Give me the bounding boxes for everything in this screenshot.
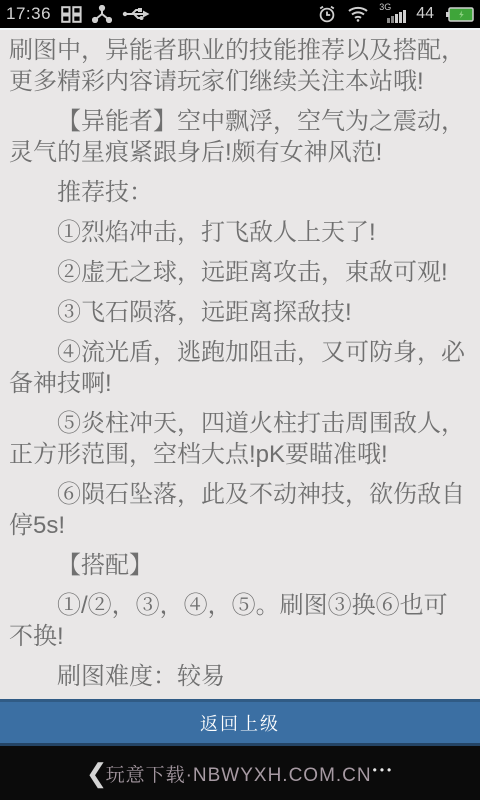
status-bar: 17:36: [0, 0, 480, 28]
chevron-left-icon: ❮: [86, 760, 108, 786]
bottom-ad-bar[interactable]: ❮ 玩意下载·NBWYXH.COM.CN •••: [0, 746, 480, 800]
battery-percent: 44: [416, 5, 434, 23]
article-paragraph: 【异能者】空中飘浮，空气为之震动，灵气的星痕紧跟身后!颇有女神风范!: [9, 106, 471, 168]
status-time: 17:36: [6, 4, 51, 24]
article-paragraph: ②虚无之球，远距离攻击，束敌可观!: [9, 257, 471, 288]
wifi-icon: [347, 6, 369, 22]
article-paragraph: ①/②，③，④，⑤。刷图③换⑥也可不换!: [9, 590, 471, 652]
article-paragraph: 推荐技：: [9, 177, 471, 208]
grid-apps-icon: [61, 6, 82, 23]
article-paragraph: ④流光盾，逃跑加阻击，又可防身，必备神技啊!: [9, 337, 471, 399]
article-paragraph: ①烈焰冲击，打飞敌人上天了!: [9, 217, 471, 248]
article-paragraph: 刷图难度：较易: [9, 661, 471, 692]
signal-strength-icon: 3G: [379, 3, 406, 25]
signal-bars: [387, 10, 406, 23]
article-paragraph: ③飞石陨落，远距离探敌技!: [9, 297, 471, 328]
article-paragraph: ⑤炎柱冲天，四道火柱打击周围敌人，正方形范围，空档大点!pK要瞄准哦!: [9, 408, 471, 470]
site-label: 玩意下载·NBWYXH.COM.CN: [106, 760, 372, 787]
article-paragraph: 刷图中，异能者职业的技能推荐以及搭配，更多精彩内容请玩家们继续关注本站哦!: [9, 35, 471, 97]
marquee-dots: •••: [373, 763, 395, 777]
article-paragraph: 【搭配】: [9, 550, 471, 581]
usb-icon: [122, 6, 150, 22]
alarm-clock-icon: [317, 4, 337, 24]
phone-screen: 17:36: [0, 0, 480, 800]
share-network-icon: [92, 5, 112, 23]
article-paragraph: ⑥陨石坠落，此及不动神技，欲伤敌自停5s!: [9, 479, 471, 541]
battery-icon: [444, 7, 474, 22]
back-to-parent-button[interactable]: 返回上级: [0, 699, 480, 746]
article-content[interactable]: 刷图中，异能者职业的技能推荐以及搭配，更多精彩内容请玩家们继续关注本站哦! 【异…: [0, 30, 480, 699]
